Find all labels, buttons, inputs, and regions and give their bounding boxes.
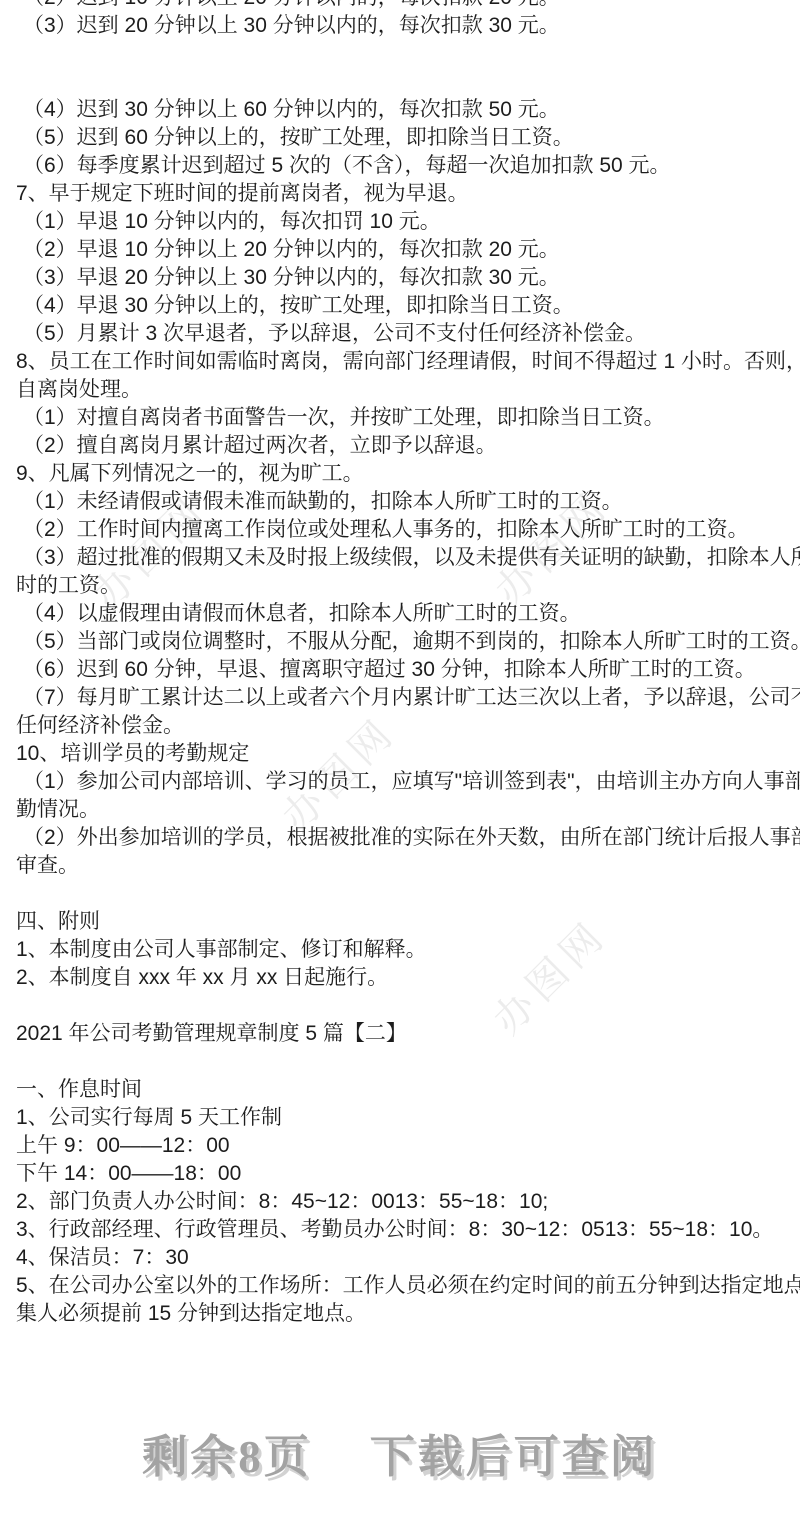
document-line: （3）早退 20 分钟以上 30 分钟以内的，每次扣款 30 元。 <box>16 264 788 292</box>
document-line: 2021 年公司考勤管理规章制度 5 篇【二】 <box>16 1020 788 1048</box>
document-line: 7、早于规定下班时间的提前离岗者，视为早退。 <box>16 180 788 208</box>
document-line: （2）擅自离岗月累计超过两次者，立即予以辞退。 <box>16 432 788 460</box>
document-line: 3、行政部经理、行政管理员、考勤员办公时间：8：30~12：0513：55~18… <box>16 1216 788 1244</box>
document-line: （3）超过批准的假期又未及时报上级续假，以及未提供有关证明的缺勤，扣除本人所旷工 <box>16 544 788 572</box>
document-content: （2）迟到 10 分钟以上 20 分钟以内的，每次扣款 20 元。（3）迟到 2… <box>16 0 788 1328</box>
document-line: 10、培训学员的考勤规定 <box>16 740 788 768</box>
document-line: （1）参加公司内部培训、学习的员工，应填写"培训签到表"，由培训主办方向人事部提… <box>16 768 788 796</box>
document-line: （1）未经请假或请假未准而缺勤的，扣除本人所旷工时的工资。 <box>16 488 788 516</box>
document-line: 2、本制度自 xxx 年 xx 月 xx 日起施行。 <box>16 964 788 992</box>
document-line: （2）外出参加培训的学员，根据被批准的实际在外天数，由所在部门统计后报人事部备案 <box>16 824 788 852</box>
document-line: （7）每月旷工累计达二以上或者六个月内累计旷工达三次以上者，予以辞退，公司不支付 <box>16 684 788 712</box>
document-line: 集人必须提前 15 分钟到达指定地点。 <box>16 1300 788 1328</box>
document-line: 上午 9：00——12：00 <box>16 1132 788 1160</box>
document-line: 2、部门负责人办公时间：8：45~12：0013：55~18：10; <box>16 1188 788 1216</box>
document-line: 自离岗处理。 <box>16 376 788 404</box>
document-line: （4）迟到 30 分钟以上 60 分钟以内的，每次扣款 50 元。 <box>16 96 788 124</box>
document-line: 时的工资。 <box>16 572 788 600</box>
blank-line <box>16 68 788 96</box>
document-line: （4）以虚假理由请假而休息者，扣除本人所旷工时的工资。 <box>16 600 788 628</box>
document-line: （1）早退 10 分钟以内的，每次扣罚 10 元。 <box>16 208 788 236</box>
document-line: （6）迟到 60 分钟，早退、擅离职守超过 30 分钟，扣除本人所旷工时的工资。 <box>16 656 788 684</box>
document-line: （2）早退 10 分钟以上 20 分钟以内的，每次扣款 20 元。 <box>16 236 788 264</box>
document-line: （3）迟到 20 分钟以上 30 分钟以内的，每次扣款 30 元。 <box>16 12 788 40</box>
document-line: 审查。 <box>16 852 788 880</box>
document-line: （5）迟到 60 分钟以上的，按旷工处理，即扣除当日工资。 <box>16 124 788 152</box>
blank-line <box>16 40 788 68</box>
document-line: 4、保洁员：7：30 <box>16 1244 788 1272</box>
blank-line <box>16 1048 788 1076</box>
download-hint-text: 下载后可查阅 <box>370 1432 658 1482</box>
document-line: 勤情况。 <box>16 796 788 824</box>
document-line: （2）迟到 10 分钟以上 20 分钟以内的，每次扣款 20 元。 <box>16 0 788 12</box>
document-line: （4）早退 30 分钟以上的，按旷工处理，即扣除当日工资。 <box>16 292 788 320</box>
blank-line <box>16 992 788 1020</box>
document-line: （5）当部门或岗位调整时，不服从分配，逾期不到岗的，扣除本人所旷工时的工资。 <box>16 628 788 656</box>
document-line: （1）对擅自离岗者书面警告一次，并按旷工处理，即扣除当日工资。 <box>16 404 788 432</box>
document-line: （5）月累计 3 次早退者，予以辞退，公司不支付任何经济补偿金。 <box>16 320 788 348</box>
document-line: 下午 14：00——18：00 <box>16 1160 788 1188</box>
document-line: 8、员工在工作时间如需临时离岗，需向部门经理请假，时间不得超过 1 小时。否则，… <box>16 348 788 376</box>
document-line: 1、本制度由公司人事部制定、修订和解释。 <box>16 936 788 964</box>
document-page: 办图网办图网办图网办图网 （2）迟到 10 分钟以上 20 分钟以内的，每次扣款… <box>0 0 800 1526</box>
document-line: 一、作息时间 <box>16 1076 788 1104</box>
document-line: 1、公司实行每周 5 天工作制 <box>16 1104 788 1132</box>
document-line: 四、附则 <box>16 908 788 936</box>
document-line: （6）每季度累计迟到超过 5 次的（不含），每超一次追加扣款 50 元。 <box>16 152 788 180</box>
document-line: 5、在公司办公室以外的工作场所：工作人员必须在约定时间的前五分钟到达指定地点，招 <box>16 1272 788 1300</box>
blank-line <box>16 880 788 908</box>
download-notice: 剩余8页下载后可查阅 <box>0 1420 800 1485</box>
document-line: 任何经济补偿金。 <box>16 712 788 740</box>
document-line: （2）工作时间内擅离工作岗位或处理私人事务的，扣除本人所旷工时的工资。 <box>16 516 788 544</box>
remaining-pages-text: 剩余8页 <box>142 1432 312 1482</box>
document-line: 9、凡属下列情况之一的，视为旷工。 <box>16 460 788 488</box>
